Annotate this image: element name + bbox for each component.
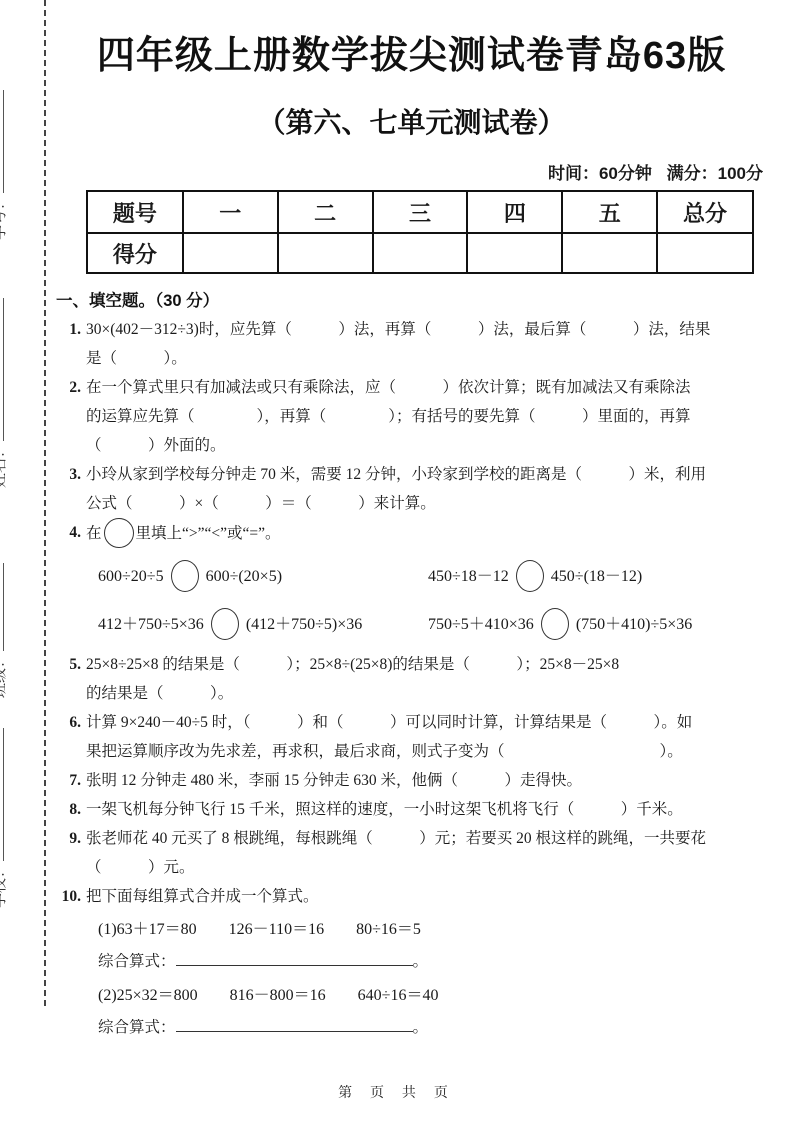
score-table-cell: 题号: [87, 191, 183, 233]
question-9: 9. 张老师花 40 元买了 8 根跳绳，每根跳绳（ ）元；若要买 20 根这样…: [58, 824, 765, 882]
exam-time: 时间：60分钟: [548, 164, 652, 183]
student-id-field: 学号：: [0, 90, 8, 240]
score-cell-empty: [183, 233, 278, 273]
score-row-label: 得分: [87, 233, 183, 273]
answer-circle: [211, 608, 239, 640]
question-4: 4. 在里填上“>”“<”或“=”。 600÷20÷5600÷(20×5) 45…: [58, 518, 765, 650]
question-text: 果把运算顺序改为先求差，再求积，最后求商，则式子变为（ ）。: [86, 737, 765, 766]
score-table-cell: 总分: [657, 191, 753, 233]
question-text: （ ）外面的。: [86, 431, 765, 460]
class-field: 班级：: [0, 563, 8, 698]
answer-circle: [516, 560, 544, 592]
question-5: 5. 25×8÷25×8 的结果是（ ）；25×8÷(25×8)的结果是（ ）；…: [58, 650, 765, 708]
question-number: 6.: [58, 708, 81, 737]
score-table-cell: 四: [467, 191, 562, 233]
question-number: 1.: [58, 315, 81, 344]
main-content: 四年级上册数学拔尖测试卷青岛63版 （第六、七单元测试卷） 时间：60分钟 满分…: [58, 10, 765, 1047]
score-cell-empty: [373, 233, 468, 273]
question-text: 把下面每组算式合并成一个算式。: [86, 882, 765, 911]
blank-line: [176, 1018, 413, 1032]
score-cell-empty: [278, 233, 373, 273]
question-text: 的运算应先算（ ），再算（ ）；有括号的要先算（ ）里面的，再算: [86, 402, 765, 431]
exam-meta: 时间：60分钟 满分：100分: [58, 159, 763, 184]
question-7: 7. 张明 12 分钟走 480 米，李丽 15 分钟走 630 米，他俩（ ）…: [58, 766, 765, 795]
student-name-field: 姓名：: [0, 298, 8, 488]
page-subtitle: （第六、七单元测试卷）: [58, 101, 765, 141]
question-text: 小玲从家到学校每分钟走 70 米，需要 12 分钟，小玲家到学校的距离是（ ）米…: [86, 460, 765, 489]
school-field: 学校：: [0, 728, 8, 908]
comparison-item: 450÷18－12450÷(18－12): [428, 560, 765, 595]
answer-line: 综合算式：。: [98, 1013, 765, 1043]
score-table-cell: 五: [562, 191, 657, 233]
school-label: 学校：: [0, 863, 9, 908]
question-number: 3.: [58, 460, 81, 489]
comparison-grid: 600÷20÷5600÷(20×5) 450÷18－12450÷(18－12) …: [98, 560, 765, 643]
question-text: 一架飞机每分钟飞行 15 千米，照这样的速度，一小时这架飞机将飞行（ ）千米。: [86, 795, 765, 824]
comparison-item: 412＋750÷5×36(412＋750÷5)×36: [98, 608, 428, 643]
blank-line: [0, 563, 4, 651]
question-number: 8.: [58, 795, 81, 824]
page-title: 四年级上册数学拔尖测试卷青岛63版: [58, 24, 765, 79]
answer-label: 综合算式：: [98, 953, 176, 970]
question-number: 4.: [58, 518, 81, 547]
question-text: 在一个算式里只有加减法或只有乘除法，应（ ）依次计算；既有加减法又有乘除法: [86, 373, 765, 402]
student-id-label: 学号：: [0, 195, 9, 240]
score-table-cell: 一: [183, 191, 278, 233]
score-table-header-row: 题号 一 二 三 四 五 总分: [87, 191, 753, 233]
question-text: （ ）元。: [86, 853, 765, 882]
exam-full-score: 满分：100分: [667, 164, 763, 183]
comparison-item: 600÷20÷5600÷(20×5): [98, 560, 428, 595]
blank-line: [0, 90, 4, 193]
question-text: 公式（ ）×（ ）＝（ ）来计算。: [86, 489, 765, 518]
answer-circle: [104, 518, 134, 548]
class-label: 班级：: [0, 653, 9, 698]
score-cell-empty: [562, 233, 657, 273]
score-table: 题号 一 二 三 四 五 总分 得分: [86, 190, 754, 274]
question-10: 10. 把下面每组算式合并成一个算式。 (1)63＋17＝80 126－110＝…: [58, 882, 765, 1047]
fold-dashed-line: [44, 0, 46, 1006]
section-title: 一、填空题。（30 分）: [56, 287, 765, 311]
question-number: 5.: [58, 650, 81, 679]
answer-circle: [541, 608, 569, 640]
comparison-item: 750÷5＋410×36(750＋410)÷5×36: [428, 608, 765, 643]
question-number: 10.: [58, 882, 81, 911]
exam-paper-page: 学号： 姓名： 班级： 学校： 四年级上册数学拔尖测试卷青岛63版 （第六、七单…: [0, 0, 793, 1122]
blank-line: [0, 728, 4, 861]
score-cell-empty: [657, 233, 753, 273]
answer-label: 综合算式：: [98, 1019, 176, 1036]
blank-line: [176, 952, 413, 966]
score-table-score-row: 得分: [87, 233, 753, 273]
question-number: 2.: [58, 373, 81, 402]
question-text: 计算 9×240－40÷5 时，（ ）和（ ）可以同时计算，计算结果是（ ）。如: [86, 708, 765, 737]
answer-circle: [171, 560, 199, 592]
question-text: 在里填上“>”“<”或“=”。: [86, 518, 765, 551]
question-3: 3. 小玲从家到学校每分钟走 70 米，需要 12 分钟，小玲家到学校的距离是（…: [58, 460, 765, 518]
question-text: 是（ ）。: [86, 344, 765, 373]
question-number: 7.: [58, 766, 81, 795]
score-cell-empty: [467, 233, 562, 273]
question-text: 的结果是（ ）。: [86, 679, 765, 708]
question-number: 9.: [58, 824, 81, 853]
question-text: 30×(402－312÷3)时，应先算（ ）法，再算（ ）法，最后算（ ）法，结…: [86, 315, 765, 344]
question-2: 2. 在一个算式里只有加减法或只有乘除法，应（ ）依次计算；既有加减法又有乘除法…: [58, 373, 765, 460]
question-text: 25×8÷25×8 的结果是（ ）；25×8÷(25×8)的结果是（ ）；25×…: [86, 650, 765, 679]
score-table-cell: 三: [373, 191, 468, 233]
question-8: 8. 一架飞机每分钟飞行 15 千米，照这样的速度，一小时这架飞机将飞行（ ）千…: [58, 795, 765, 824]
equation-group: (2)25×32＝800 816－800＝16 640÷16＝40: [98, 981, 765, 1011]
equation-group: (1)63＋17＝80 126－110＝16 80÷16＝5: [98, 915, 765, 945]
question-6: 6. 计算 9×240－40÷5 时，（ ）和（ ）可以同时计算，计算结果是（ …: [58, 708, 765, 766]
answer-line: 综合算式：。: [98, 947, 765, 977]
question-text: 张老师花 40 元买了 8 根跳绳，每根跳绳（ ）元；若要买 20 根这样的跳绳…: [86, 824, 765, 853]
blank-line: [0, 298, 4, 441]
page-footer: 第 页 共 页: [0, 1082, 793, 1102]
score-table-cell: 二: [278, 191, 373, 233]
student-name-label: 姓名：: [0, 443, 9, 488]
question-text: 张明 12 分钟走 480 米，李丽 15 分钟走 630 米，他俩（ ）走得快…: [86, 766, 765, 795]
question-1: 1. 30×(402－312÷3)时，应先算（ ）法，再算（ ）法，最后算（ ）…: [58, 315, 765, 373]
